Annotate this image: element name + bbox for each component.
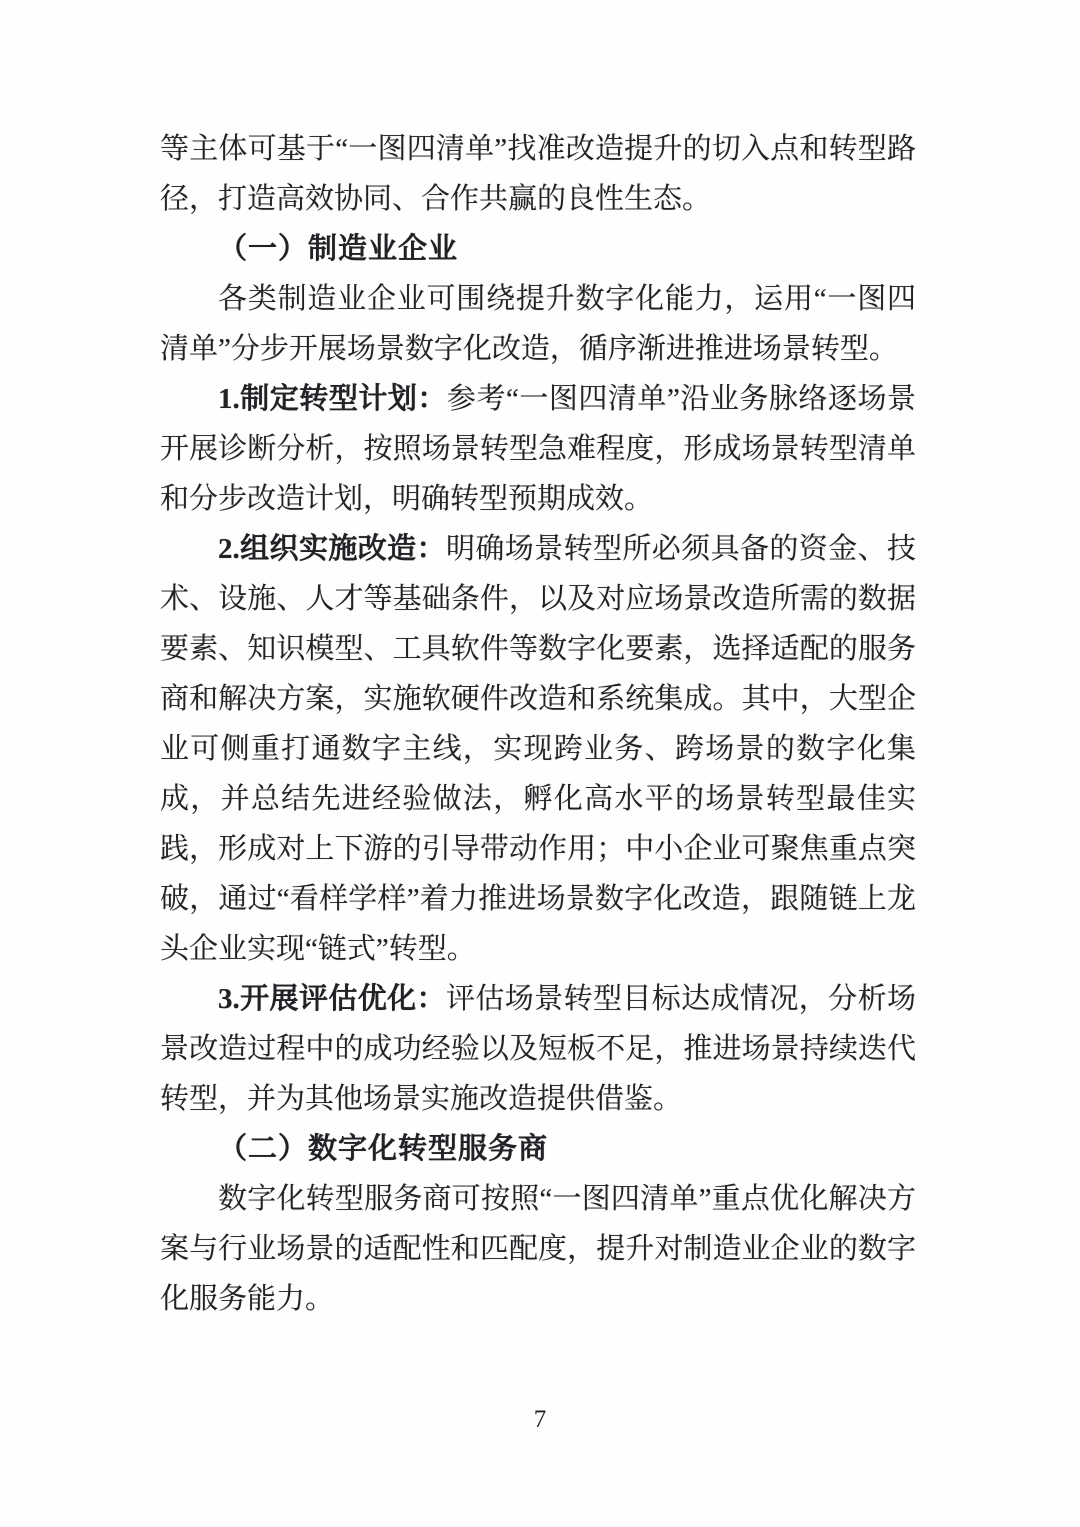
paragraph-continued: 等主体可基于“一图四清单”找准改造提升的切入点和转型路径，打造高效协同、合作共赢…	[160, 124, 916, 224]
paragraph: 数字化转型服务商可按照“一图四清单”重点优化解决方案与行业场景的适配性和匹配度，…	[160, 1174, 916, 1324]
paragraph-text: 数字化转型服务商可按照“一图四清单”重点优化解决方案与行业场景的适配性和匹配度，…	[160, 1183, 916, 1315]
document-page: 等主体可基于“一图四清单”找准改造提升的切入点和转型路径，打造高效协同、合作共赢…	[0, 0, 1080, 1527]
heading-text: （一）制造业企业	[218, 233, 458, 265]
section-heading-manufacturing-enterprises: （一）制造业企业	[160, 224, 916, 274]
document-body: 等主体可基于“一图四清单”找准改造提升的切入点和转型路径，打造高效协同、合作共赢…	[160, 124, 916, 1324]
paragraph-step-2: 2.组织实施改造：明确场景转型所必须具备的资金、技术、设施、人才等基础条件，以及…	[160, 524, 916, 974]
heading-text: （二）数字化转型服务商	[218, 1133, 548, 1165]
paragraph-bold-lead: 2.组织实施改造：	[218, 533, 446, 565]
section-heading-transformation-service-providers: （二）数字化转型服务商	[160, 1124, 916, 1174]
paragraph-step-3: 3.开展评估优化：评估场景转型目标达成情况，分析场景改造过程中的成功经验以及短板…	[160, 974, 916, 1124]
page-footer: 7	[0, 1400, 1080, 1440]
paragraph-bold-lead: 3.开展评估优化：	[218, 983, 446, 1015]
paragraph-step-1: 1.制定转型计划：参考“一图四清单”沿业务脉络逐场景开展诊断分析，按照场景转型急…	[160, 374, 916, 524]
paragraph-text: 明确场景转型所必须具备的资金、技术、设施、人才等基础条件，以及对应场景改造所需的…	[160, 533, 916, 965]
page-number: 7	[534, 1406, 547, 1433]
paragraph-text: 等主体可基于“一图四清单”找准改造提升的切入点和转型路径，打造高效协同、合作共赢…	[160, 133, 916, 215]
paragraph-bold-lead: 1.制定转型计划：	[218, 383, 447, 415]
paragraph-text: 各类制造业企业可围绕提升数字化能力，运用“一图四清单”分步开展场景数字化改造，循…	[160, 283, 916, 365]
paragraph: 各类制造业企业可围绕提升数字化能力，运用“一图四清单”分步开展场景数字化改造，循…	[160, 274, 916, 374]
